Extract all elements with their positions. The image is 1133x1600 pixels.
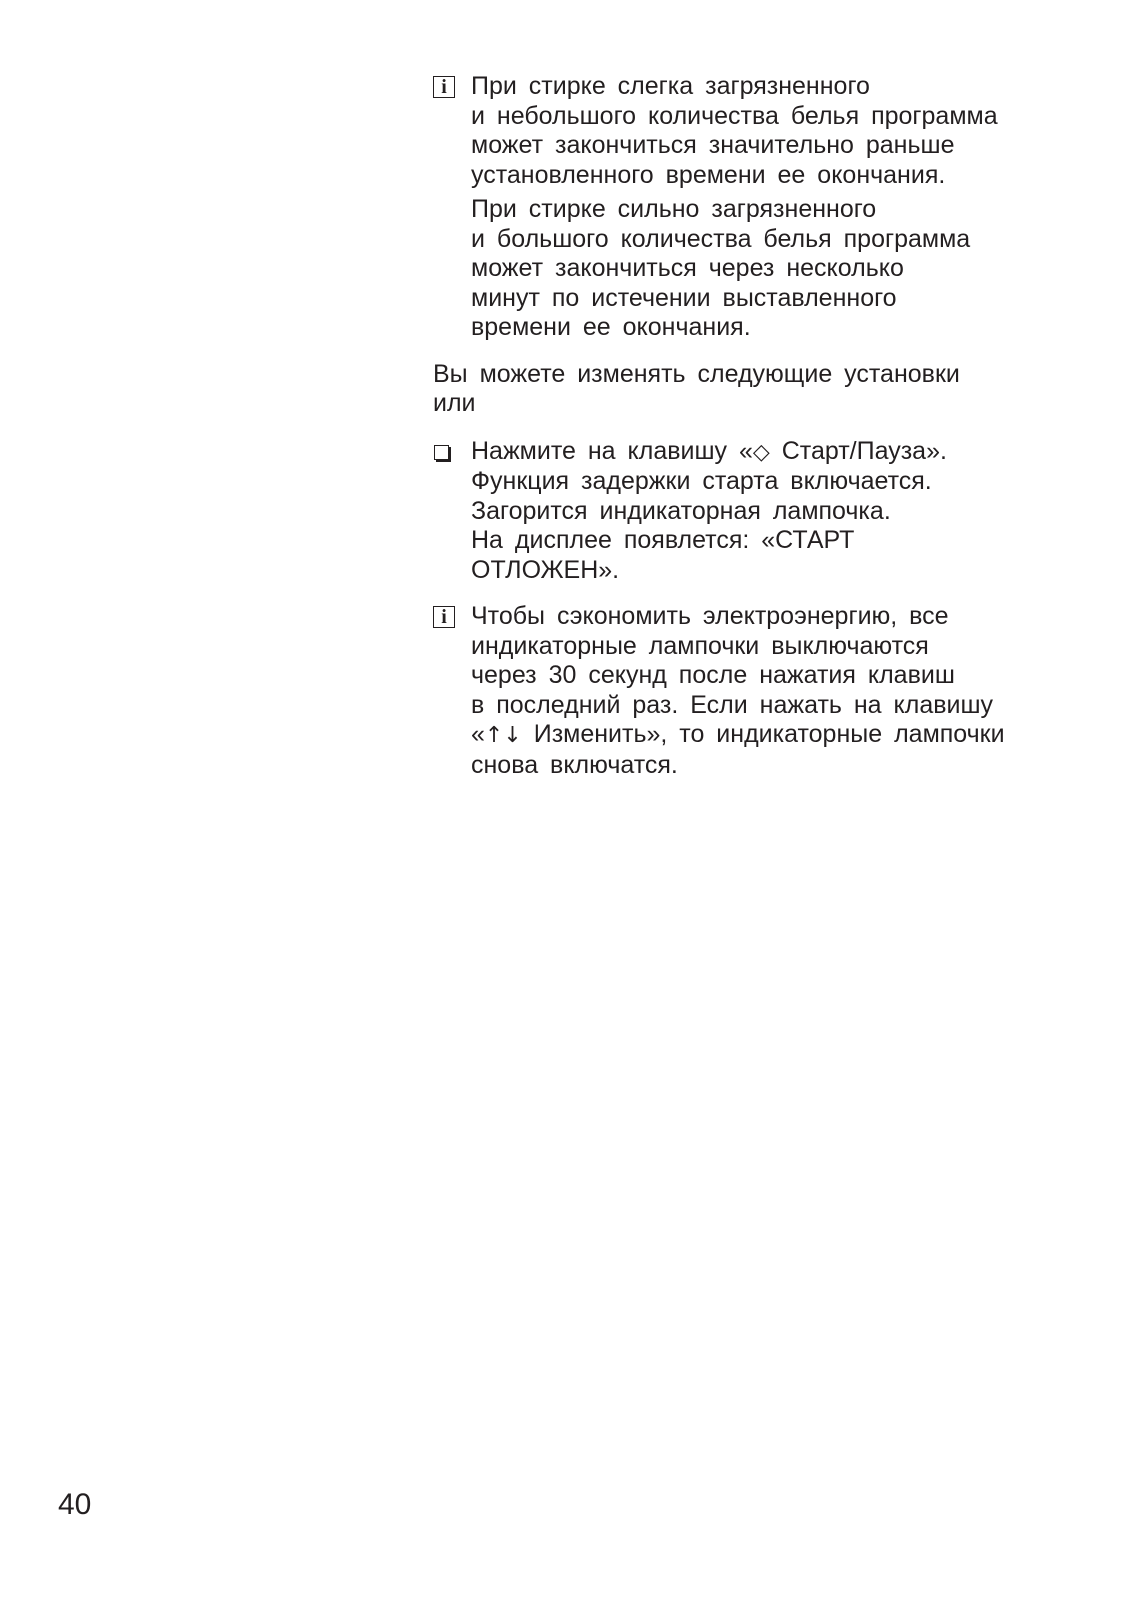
text-line: снова включатся. xyxy=(471,751,1063,781)
text-line: Загорится индикаторная лампочка. xyxy=(471,497,1063,527)
info-note-2: i Чтобы сэкономить электроэнергию, все и… xyxy=(433,602,1063,780)
text-line: в последний раз. Если нажать на клавишу xyxy=(471,691,1063,721)
text-line: установленного времени ее окончания. xyxy=(471,161,1063,191)
text-line: может закончиться значительно раньше xyxy=(471,131,1063,161)
step-item: Нажмите на клавишу «◇ Старт/Пауза». Функ… xyxy=(433,437,1063,586)
text-line: Вы можете изменять следующие установки xyxy=(433,360,1063,390)
text-line: или xyxy=(433,389,1063,419)
info-icon: i xyxy=(433,606,455,628)
text-line: Функция задержки старта включается. xyxy=(471,467,1063,497)
info-note-1: i При стирке слегка загрязненного и небо… xyxy=(433,72,1063,343)
text-line: На дисплее появлется: «СТАРТ xyxy=(471,526,1063,556)
intro-paragraph: Вы можете изменять следующие установки и… xyxy=(433,360,1063,419)
main-text-column: i При стирке слегка загрязненного и небо… xyxy=(433,72,1063,780)
text-line: минут по истечении выставленного xyxy=(471,284,1063,314)
text-line: Нажмите на клавишу «◇ Старт/Пауза». xyxy=(471,437,1063,468)
note-1-paragraph-2: При стирке сильно загрязненного и большо… xyxy=(471,195,1063,343)
text-line: и небольшого количества белья программа xyxy=(471,102,1063,132)
page-number: 40 xyxy=(58,1487,91,1523)
text-line: При стирке слегка загрязненного xyxy=(471,72,1063,102)
text-line: Чтобы сэкономить электроэнергию, все xyxy=(471,602,1063,632)
note-line-prefix: « xyxy=(471,720,485,748)
text-line: и большого количества белья программа xyxy=(471,225,1063,255)
text-line: через 30 секунд после нажатия клавиш xyxy=(471,661,1063,691)
text-line: индикаторные лампочки выключаются xyxy=(471,632,1063,662)
text-line: ОТЛОЖЕН». xyxy=(471,556,1063,586)
step-line-suffix: Старт/Пауза». xyxy=(770,437,947,465)
checkbox-icon xyxy=(434,445,449,460)
note-1-paragraph-1: При стирке слегка загрязненного и неболь… xyxy=(471,72,1063,190)
up-down-arrows-icon: ↑↓ xyxy=(485,723,522,748)
note-line-suffix: Изменить», то индикаторные лампочки xyxy=(522,720,1005,748)
text-line: времени ее окончания. xyxy=(471,313,1063,343)
start-pause-icon: ◇ xyxy=(753,440,770,465)
text-line: «↑↓ Изменить», то индикаторные лампочки xyxy=(471,720,1063,751)
text-line: может закончиться через несколько xyxy=(471,254,1063,284)
text-line: При стирке сильно загрязненного xyxy=(471,195,1063,225)
info-icon: i xyxy=(433,76,455,98)
step-line-prefix: Нажмите на клавишу « xyxy=(471,437,753,465)
